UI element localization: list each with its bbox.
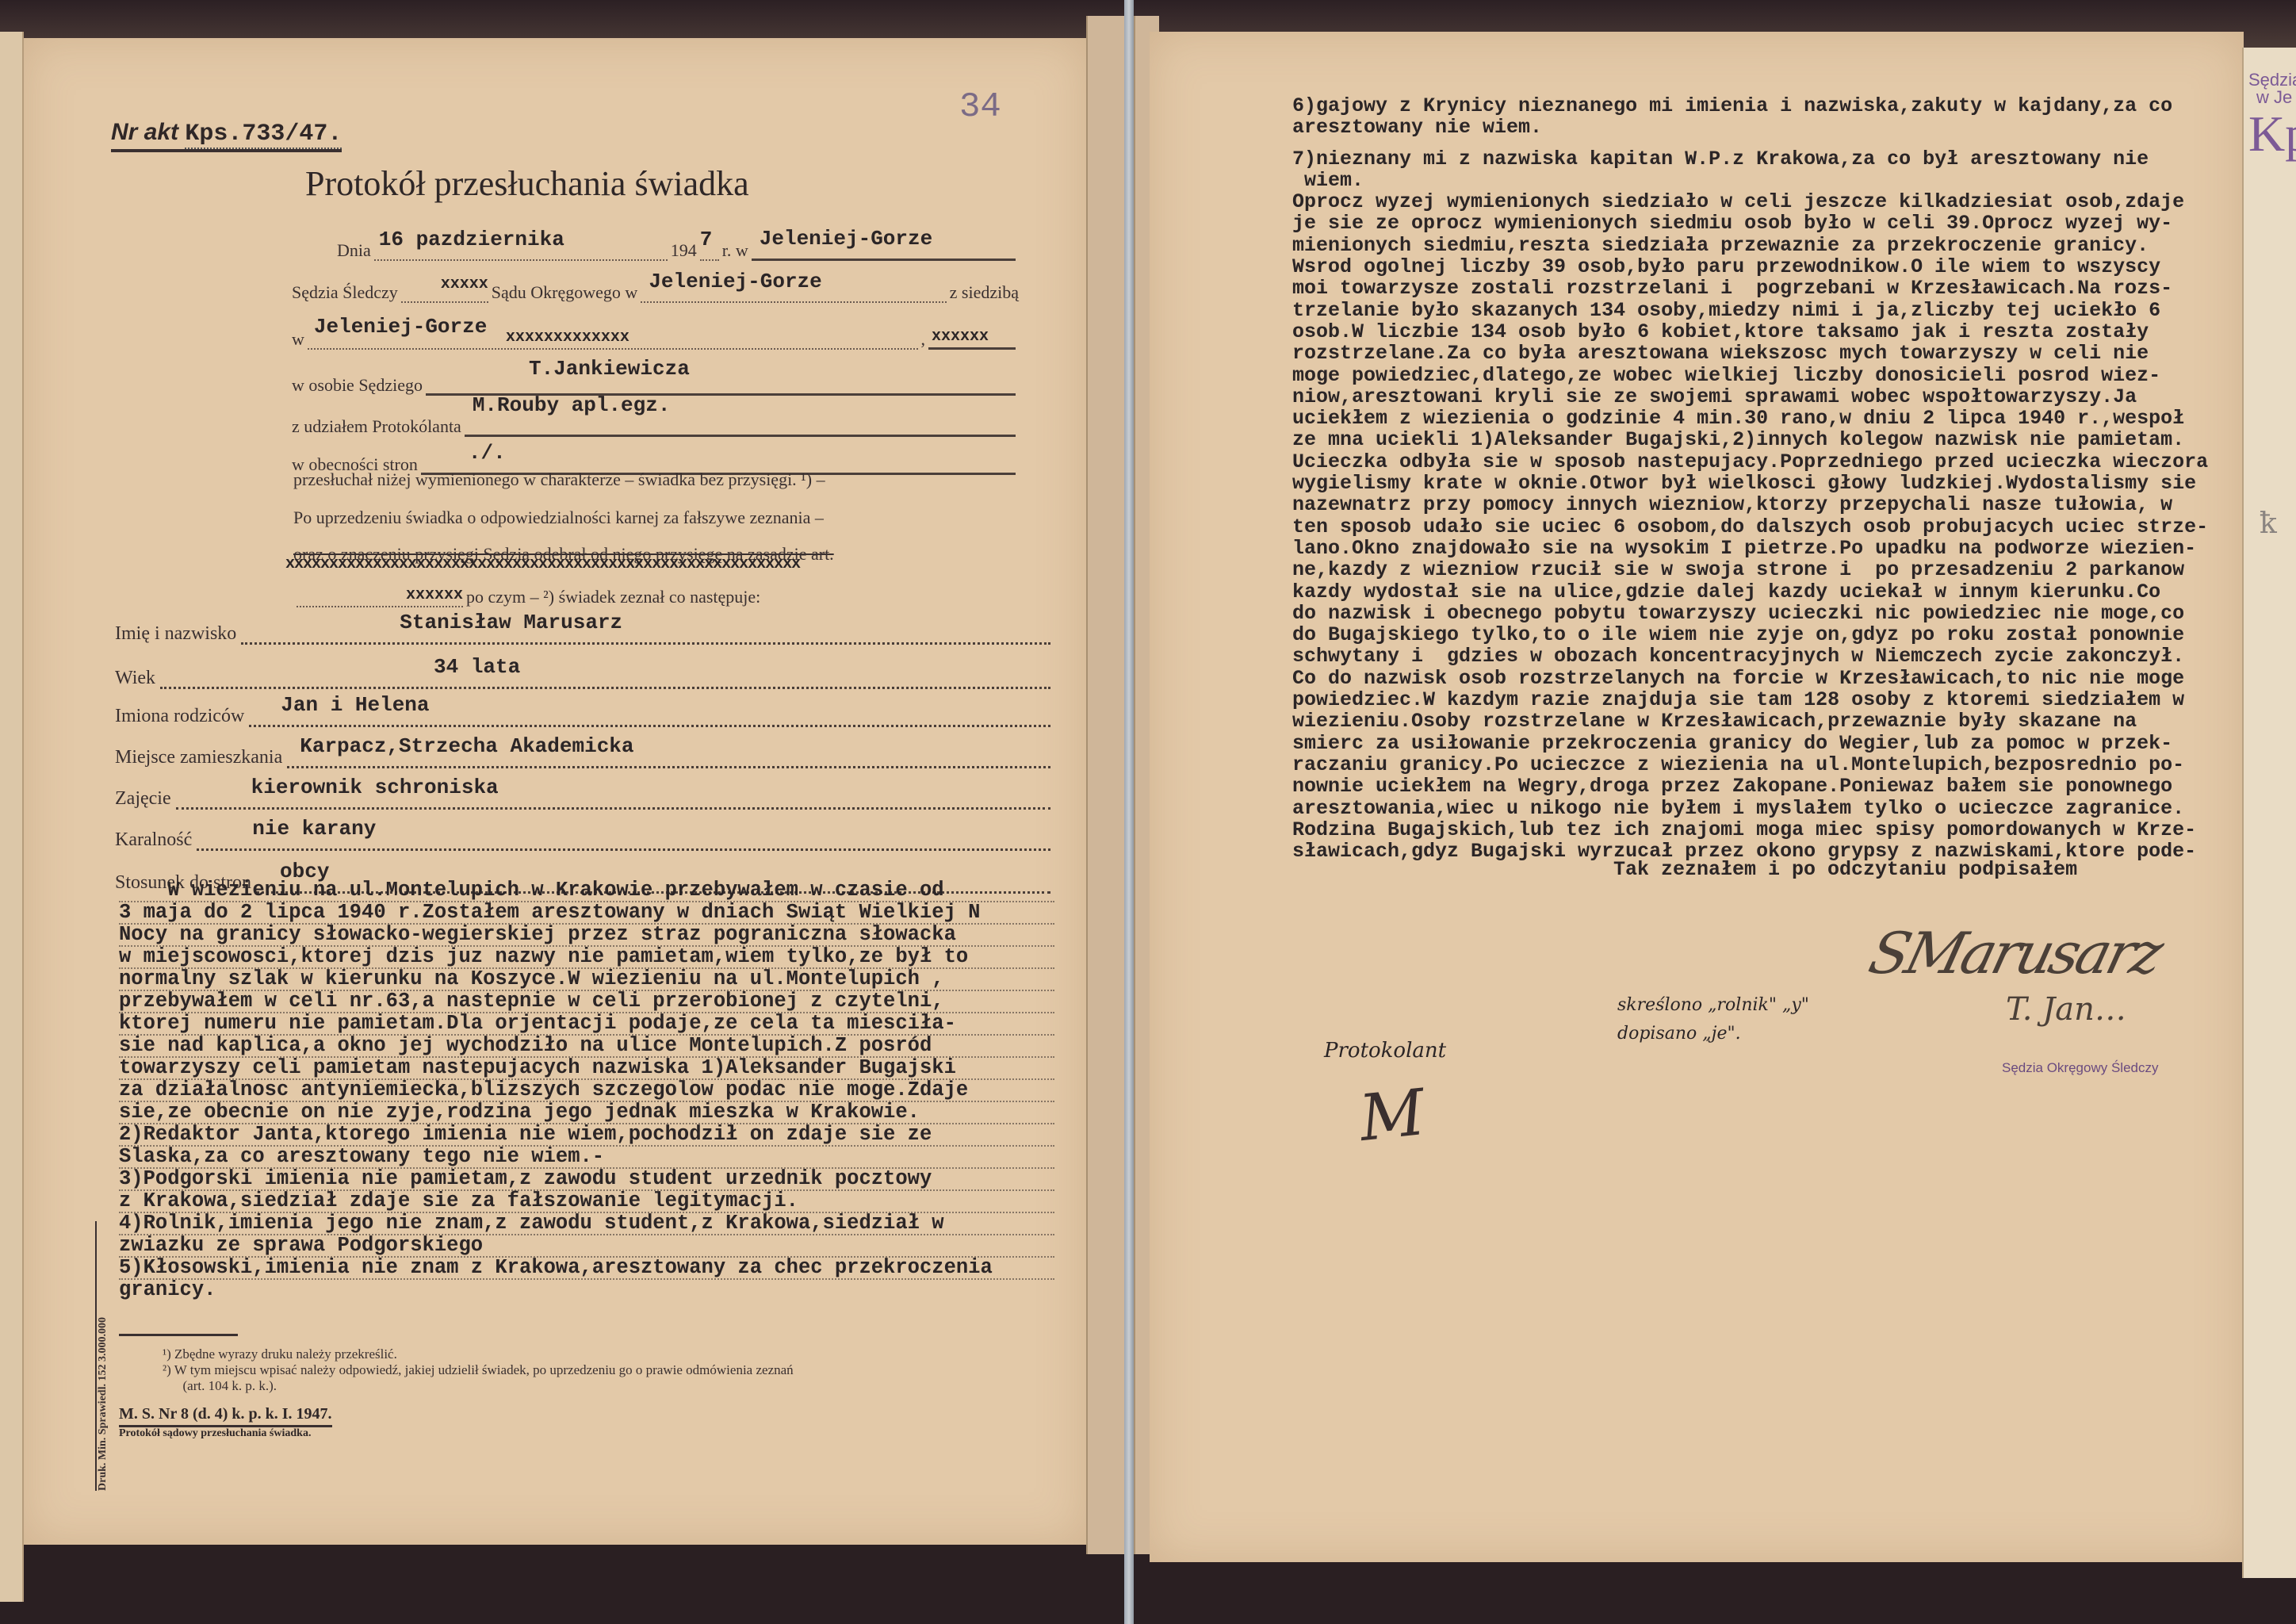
sedzia-strike: xxxxx <box>441 275 488 293</box>
testimony-line: moi towarzysze zostali rozstrzelani i po… <box>1292 278 2244 299</box>
seat-strike-2: xxxxxx <box>932 327 989 346</box>
testimony-line: przebywałem w celi nr.63,a nastepnie w c… <box>119 991 1054 1013</box>
testimony-line: towarzyszy celi pamietam nastepujacych n… <box>119 1058 1054 1080</box>
seat-strike: xxxxxxxxxxxxx <box>506 328 629 347</box>
clerk-row: z udziałem Protokólanta M.Rouby apl.egz. <box>292 412 1019 437</box>
testimony-line: 7)nieznany mi z nazwiska kapitan W.P.z K… <box>1292 148 2244 170</box>
testimony-line: uciekłem z wiezienia o godzinie 4 min.30… <box>1292 408 2244 429</box>
judge-stamp: Sędzia Okręgowy Śledczy <box>2002 1060 2158 1076</box>
testimony-line: sie,ze obecnie on nie zyje,rodzina jego … <box>119 1102 1054 1124</box>
testimony-line: za działalnosc antyniemiecka,blizszych s… <box>119 1080 1054 1102</box>
testimony-line: do nazwisk i obecnego pobytu towarzyszy … <box>1292 603 2244 624</box>
testimony-line: ktorej numeru nie pamietam.Dla orjentacj… <box>119 1013 1054 1036</box>
footnotes: ¹) Zbędne wyrazy druku należy przekreśli… <box>163 1346 794 1394</box>
seat-field: Jeleniej-Gorze xxxxxxxxxxxxx <box>308 326 918 350</box>
testimony-line: 6)gajowy z Krynicy nieznanego mi imienia… <box>1292 95 2244 117</box>
judge-name-value: T.Jankiewicza <box>529 357 690 381</box>
year-r-w-label: r. w <box>722 240 748 261</box>
field-value: 34 lata <box>434 655 520 679</box>
testimony-line: Rodzina Bugajskich,lub tez ich znajomi m… <box>1292 819 2244 841</box>
year-prefix: 194 <box>671 240 697 261</box>
previous-leaf-edge <box>0 32 24 1602</box>
field-parents: Imiona rodziców Jan i Helena <box>115 701 1050 727</box>
folio-number: 34 <box>959 87 1001 127</box>
footnote-1: ¹) Zbędne wyrazy druku należy przekreśli… <box>163 1346 794 1362</box>
testimony-line: 3 maja do 2 lipca 1940 r.Zostałem areszt… <box>119 902 1054 925</box>
testimony-line: ten sposob udało sie uciec 6 osobom,do d… <box>1292 516 2244 538</box>
testimony-line: Nocy na granicy słowacko-wegierskiej prz… <box>119 925 1054 947</box>
testimony-right: 6)gajowy z Krynicy nieznanego mi imienia… <box>1292 95 2244 862</box>
testimony-line: powiedziec.W kazdym razie znajduja sie t… <box>1292 689 2244 710</box>
clerk-name-value: M.Rouby apl.egz. <box>473 393 671 417</box>
year-suffix: 7 <box>700 228 713 251</box>
testimony-line: Wsrod ogolnej liczby 39 osob,było paru p… <box>1292 256 2244 278</box>
form-name: Protokół sądowy przesłuchania świadka. <box>119 1427 311 1440</box>
protokolant-label: z udziałem Protokólanta <box>292 416 461 437</box>
case-number-label: Nr akt <box>111 119 178 145</box>
dnia-label: Dnia <box>337 240 371 261</box>
correction-note-line2: dopisano „je". <box>1617 1020 1809 1048</box>
w-label: w <box>292 329 304 350</box>
testimony-line: schwytany i gdzies w obozach koncentracy… <box>1292 645 2244 667</box>
judge-court-row: Sędzia Śledczy xxxxx Sądu Okręgowego w J… <box>292 279 1019 303</box>
witness-signature: SMarusarz <box>1863 920 2168 986</box>
field-value: kierownik schroniska <box>251 776 499 799</box>
testimony-line: z Krakowa,siedział zdaje sie za fałszowa… <box>119 1191 1054 1213</box>
testimony-line: ne,kazdy z wiezniow rzucił sie w swoja s… <box>1292 559 2244 580</box>
po-czym-text: po czym – ²) świadek zeznał co następuje… <box>466 587 760 607</box>
testimony-line: Oprocz wyzej wymienionych siedziało w ce… <box>1292 191 2244 213</box>
parties-value: ./. <box>469 441 506 465</box>
footnote-2: ²) W tym miejscu wpisać należy odpowiedź… <box>163 1362 794 1378</box>
field-age: Wiek 34 lata <box>115 663 1050 689</box>
court-value: Jeleniej-Gorze <box>649 270 821 293</box>
w-osobie-label: w osobie Sędziego <box>292 375 423 396</box>
next-leaf-edge <box>2242 48 2296 1578</box>
adjacent-stamp-line1: Sędzia O <box>2248 71 2296 89</box>
testimony-line: wiezieniu.Osoby rozstrzelane w Krzesławi… <box>1292 710 2244 732</box>
testimony-line: moge powiedziec,dlatego,ze wobec wielkie… <box>1292 365 2244 386</box>
testimony-line: Slaska,za co aresztowany tego nie wiem.- <box>119 1147 1054 1169</box>
form-code: M. S. Nr 8 (d. 4) k. p. k. I. 1947. <box>119 1405 332 1427</box>
uprzedzeniu-text: Po uprzedzeniu świadka o odpowiedzialnoś… <box>293 507 824 528</box>
testimony-line: smierc za usiłowanie przekroczenia grani… <box>1292 733 2244 754</box>
testimony-line: lano.Okno znajdowało sie na wysokim I pi… <box>1292 538 2244 559</box>
footnote-2-cont: (art. 104 k. p. k.). <box>163 1378 794 1394</box>
testimony-line: kazdy wydostał sie na ulice,gdzie dalej … <box>1292 581 2244 603</box>
field-value: Stanisław Marusarz <box>400 611 622 634</box>
date-field: 16 pazdziernika <box>374 237 668 261</box>
field-residence: Miejsce zamieszkania Karpacz,Strzecha Ak… <box>115 742 1050 768</box>
testimony-line: granicy. <box>119 1280 1054 1300</box>
testimony-line: W wiezieniu na ul.Montelupich w Krakowie… <box>119 880 1054 902</box>
field-label: Imię i nazwisko <box>115 623 236 645</box>
court-field: Jeleniej-Gorze <box>641 279 946 303</box>
clerk-signature-label: Protokolant <box>1324 1039 1446 1063</box>
field-value: Karpacz,Strzecha Akademicka <box>300 734 633 758</box>
testimony-line: osob.W liczbie 134 osob było 6 kobiet,kt… <box>1292 321 2244 343</box>
place-value: Jeleniej-Gorze <box>760 227 932 251</box>
po-czym-strike: xxxxxx <box>406 586 463 604</box>
document-title: Protokół przesłuchania świadka <box>305 163 749 204</box>
place-field: Jeleniej-Gorze <box>752 236 1016 261</box>
field-label: Wiek <box>115 668 155 689</box>
testimony-line: sie nad kaplica,a okno jej wychodziło na… <box>119 1036 1054 1058</box>
adjacent-stamp-kps: Kps <box>2248 106 2296 162</box>
seat-value: Jeleniej-Gorze <box>314 315 487 339</box>
testimony-line: trzelanie było skazanych 134 osoby,miedz… <box>1292 300 2244 321</box>
sedzia-label: Sędzia Śledczy <box>292 282 398 303</box>
testimony-line: wygielismy krate w oknie.Otwor był wielk… <box>1292 473 2244 494</box>
field-name: Imię i nazwisko Stanisław Marusarz <box>115 619 1050 645</box>
date-row: Dnia 16 pazdziernika 194 7 r. w Jeleniej… <box>337 236 1019 261</box>
testimony-line: normalny szlak w kierunku na Koszyce.W w… <box>119 969 1054 991</box>
clerk-signature: M <box>1356 1075 1428 1155</box>
przesluchal-text: przesłuchał niżej wymienionego w charakt… <box>293 469 825 490</box>
judge-name-field: T.Jankiewicza <box>426 371 1016 396</box>
testimony-line: 4)Rolnik,imienia jego nie znam,z zawodu … <box>119 1213 1054 1235</box>
judge-name-row: w osobie Sędziego T.Jankiewicza <box>292 371 1019 396</box>
pencil-mark: ꝁ <box>2260 507 2278 540</box>
testimony-line: raczaniu granicy.Po ucieczce z wiezienia… <box>1292 754 2244 776</box>
date-value: 16 pazdziernika <box>379 228 564 251</box>
field-label: Miejsce zamieszkania <box>115 747 282 768</box>
seat-row: w Jeleniej-Gorze xxxxxxxxxxxxx , xxxxxx <box>292 325 1019 350</box>
testimony-line: je sie ze oprocz wymienionych siedmiu os… <box>1292 213 2244 234</box>
correction-note-line1: skreślono „rolnik" „y" <box>1617 991 1809 1020</box>
field-criminal-record: Karalność nie karany <box>115 825 1050 851</box>
testimony-line: Ucieczka odbyła sie w sposob nastepujacy… <box>1292 451 2244 473</box>
book-gutter <box>1124 0 1134 1624</box>
testimony-line: mienionych siedmiu,reszta siedziała prze… <box>1292 235 2244 256</box>
judge-signature: T. Jan… <box>2006 991 2126 1028</box>
testimony-line: 2)Redaktor Janta,ktorego imienia nie wie… <box>119 1124 1054 1147</box>
testimony-line: zwiazku ze sprawa Podgorskiego <box>119 1235 1054 1258</box>
testimony-line: nownie uciekłem na Wegry,droga przez Zak… <box>1292 776 2244 797</box>
testimony-line: w miejscowosci,ktorej dzis juz nazwy nie… <box>119 947 1054 969</box>
oath-strike-overlay: xxxxxxxxxxxxxxxxxxxxxxxxxxxxxxxxxxxxxxxx… <box>285 555 800 573</box>
adjacent-stamp: Sędzia O w Je Kps <box>2248 71 2296 162</box>
testimony-line: wiem. <box>1292 170 2244 191</box>
siedziba-label: z siedzibą <box>950 282 1019 303</box>
field-value: nie karany <box>252 817 376 841</box>
po-czym-row: xxxxxx po czym – ²) świadek zeznał co na… <box>293 584 690 607</box>
sadu-label: Sądu Okręgowego w <box>492 282 638 303</box>
field-label: Karalność <box>115 829 192 851</box>
testimony-left: W wiezieniu na ul.Montelupich w Krakowie… <box>119 880 1054 1300</box>
testimony-line: Co do nazwisk osob rozstrzelanych na for… <box>1292 668 2244 689</box>
testimony-line: aresztowany nie wiem. <box>1292 117 2244 138</box>
clerk-field: M.Rouby apl.egz. <box>465 412 1016 437</box>
page-stack-left <box>1086 16 1126 1554</box>
printer-imprint: Druk. Min. Sprawiedl. 152 3.000.000 <box>95 1221 117 1491</box>
field-occupation: Zajęcie kierownik schroniska <box>115 783 1050 810</box>
testimony-line: aresztowania,wiec u nikogo nie byłem i m… <box>1292 798 2244 819</box>
footnote-rule <box>119 1334 238 1336</box>
binding-bottom <box>0 1553 2296 1624</box>
field-value: Jan i Helena <box>281 693 429 717</box>
closing-statement: Tak zeznałem i po odczytaniu podpisałem <box>1613 858 2077 881</box>
testimony-line: 5)Kłosowski,imienia nie znam z Krakowa,a… <box>119 1258 1054 1280</box>
testimony-line: 3)Podgorski imienia nie pamietam,z zawod… <box>119 1169 1054 1191</box>
field-label: Zajęcie <box>115 788 171 810</box>
testimony-line: rozstrzelane.Za co była aresztowana wiek… <box>1292 343 2244 364</box>
testimony-line: niow,aresztowani kryli sie ze swojemi sp… <box>1292 386 2244 408</box>
testimony-line: do Bugajskiego tylko,to o ile wiem nie z… <box>1292 624 2244 645</box>
correction-note: skreślono „rolnik" „y" dopisano „je". <box>1617 991 1809 1048</box>
testimony-line: ze mna uciekli 1)Aleksander Bugajski,2)i… <box>1292 429 2244 450</box>
testimony-line: nazewnatrz przy pomocy innych wiezniow,k… <box>1292 494 2244 515</box>
field-label: Imiona rodziców <box>115 706 244 727</box>
adjacent-stamp-line2: w Je <box>2248 89 2296 106</box>
case-number: Nr akt Kps.733/47. <box>111 119 342 152</box>
case-number-value: Kps.733/47. <box>185 121 342 149</box>
